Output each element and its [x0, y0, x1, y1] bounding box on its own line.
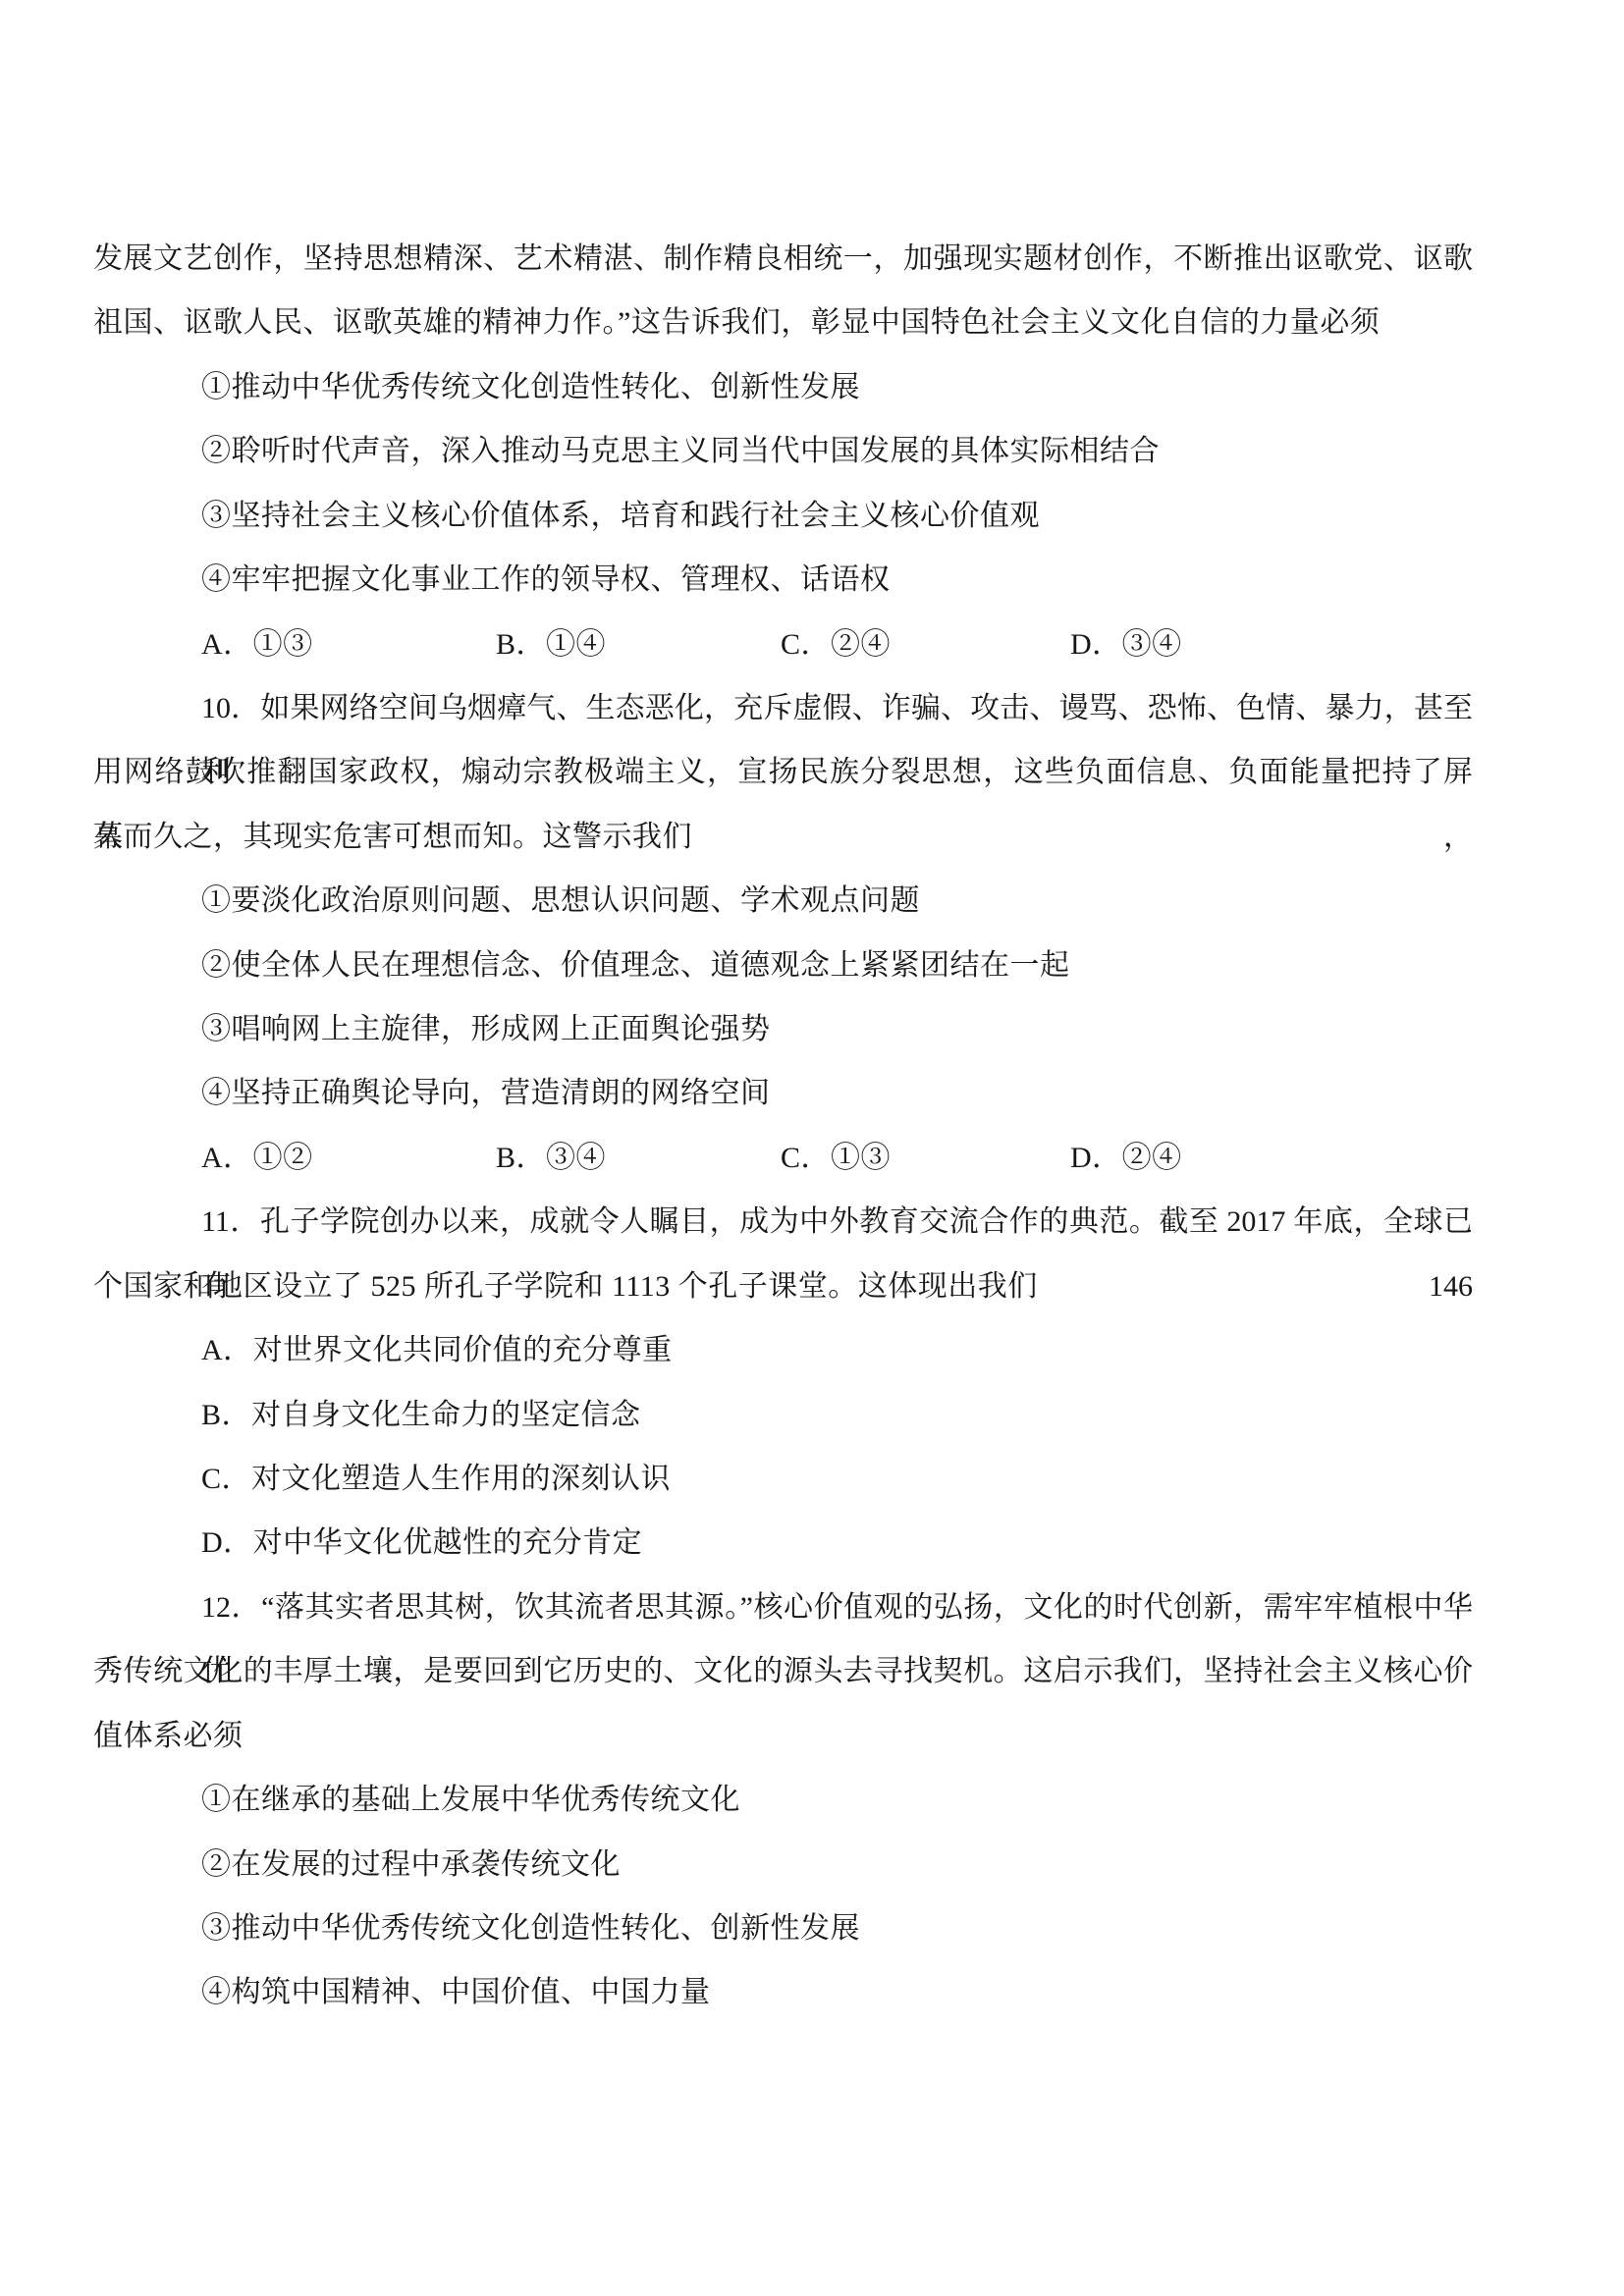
text-line: ①要淡化政治原则问题、思想认识问题、学术观点问题 [93, 869, 1473, 933]
text-line: ③推动中华优秀传统文化创造性转化、创新性发展 [93, 1896, 1473, 1960]
choice-option: C．①③ [781, 1126, 1070, 1190]
choice-option: A．①③ [201, 613, 496, 676]
text-line: B．对自身文化生命力的坚定信念 [93, 1383, 1473, 1447]
text-line: ②使全体人民在理想信念、价值理念、道德观念上紧紧团结在一起 [93, 934, 1473, 997]
choice-option: D．②④ [1070, 1126, 1182, 1190]
text-line: ①推动中华优秀传统文化创造性转化、创新性发展 [93, 355, 1473, 419]
choice-option: B．③④ [496, 1126, 781, 1190]
text-line: 值体系必须 [93, 1704, 1473, 1768]
text-line: ④构筑中国精神、中国价值、中国力量 [93, 1960, 1473, 2024]
text-line: 10．如果网络空间乌烟瘴气、生态恶化，充斥虚假、诈骗、攻击、谩骂、恐怖、色情、暴… [93, 676, 1473, 740]
text-line: ②聆听时代声音，深入推动马克思主义同当代中国发展的具体实际相结合 [93, 419, 1473, 483]
text-line: ①在继承的基础上发展中华优秀传统文化 [93, 1768, 1473, 1832]
choice-option: D．③④ [1070, 613, 1182, 676]
text-line: 11．孔子学院创办以来，成就令人瞩目，成为中外教育交流合作的典范。截至 2017… [93, 1190, 1473, 1254]
document-page: 发展文艺创作，坚持思想精深、艺术精湛、制作精良相统一，加强现实题材创作，不断推出… [0, 0, 1624, 2296]
choice-option: A．①② [201, 1126, 496, 1190]
text-line: D．对中华文化优越性的充分肯定 [93, 1511, 1473, 1575]
text-line: A．对世界文化共同价值的充分尊重 [93, 1318, 1473, 1382]
answer-choices-row: A．①②B．③④C．①③D．②④ [93, 1126, 1473, 1190]
choice-option: C．②④ [781, 613, 1070, 676]
text-line: ④牢牢把握文化事业工作的领导权、管理权、话语权 [93, 548, 1473, 612]
text-line: C．对文化塑造人生作用的深刻认识 [93, 1447, 1473, 1511]
text-line: 秀传统文化的丰厚土壤，是要回到它历史的、文化的源头去寻找契机。这启示我们，坚持社… [93, 1639, 1473, 1703]
answer-choices-row: A．①③B．①④C．②④D．③④ [93, 613, 1473, 676]
choice-option: B．①④ [496, 613, 781, 676]
text-line: 祖国、讴歌人民、讴歌英雄的精神力作。”这告诉我们，彰显中国特色社会主义文化自信的… [93, 291, 1473, 354]
text-line: ③唱响网上主旋律，形成网上正面舆论强势 [93, 997, 1473, 1061]
text-line: 用网络鼓吹推翻国家政权，煽动宗教极端主义，宣扬民族分裂思想，这些负面信息、负面能… [93, 740, 1473, 804]
text-line: 发展文艺创作，坚持思想精深、艺术精湛、制作精良相统一，加强现实题材创作，不断推出… [93, 227, 1473, 291]
text-line: ③坚持社会主义核心价值体系，培育和践行社会主义核心价值观 [93, 484, 1473, 548]
document-content: 发展文艺创作，坚持思想精深、艺术精湛、制作精良相统一，加强现实题材创作，不断推出… [93, 227, 1473, 2025]
text-line: ②在发展的过程中承袭传统文化 [93, 1833, 1473, 1896]
text-line: 12．“落其实者思其树，饮其流者思其源。”核心价值观的弘扬，文化的时代创新，需牢… [93, 1575, 1473, 1639]
text-line: ④坚持正确舆论导向，营造清朗的网络空间 [93, 1061, 1473, 1125]
